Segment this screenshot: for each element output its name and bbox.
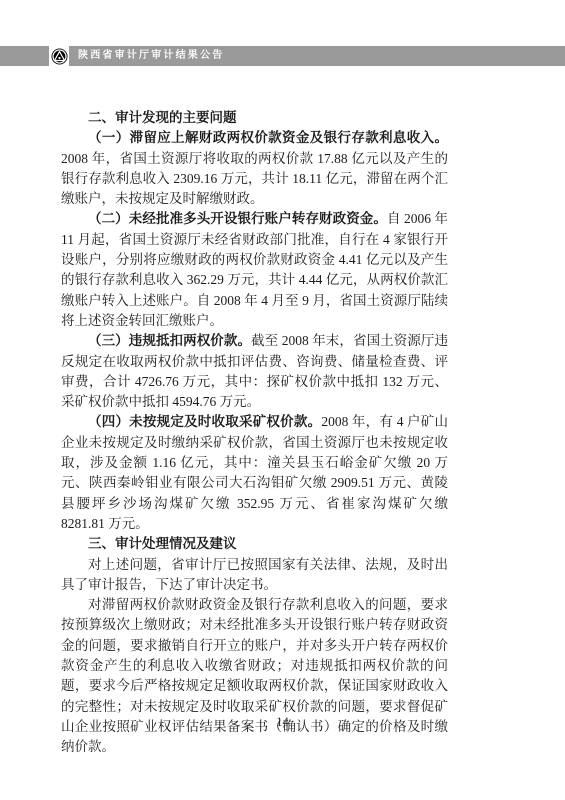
paragraph-finding-3: （三）违规抵扣两权价款。截至 2008 年末，省国土资源厅违反规定在收取两权价款…: [61, 331, 448, 412]
paragraph-finding-3-lead: （三）违规抵扣两权价款。: [88, 333, 251, 348]
document-page: 陕西省审计厅审计结果公告 二、审计发现的主要问题 （一）滞留应上解财政两权价款资…: [0, 0, 565, 800]
paragraph-finding-4-text: 2008 年，有 4 户矿山企业未按规定及时缴纳采矿权价款，省国土资源厅也未按规…: [61, 414, 448, 530]
document-content: 二、审计发现的主要问题 （一）滞留应上解财政两权价款资金及银行存款利息收入。20…: [61, 108, 448, 758]
paragraph-handling-1: 对上述问题，省审计厅已按照国家有关法律、法规，及时出具了审计报告，下达了审计决定…: [61, 555, 448, 596]
paragraph-finding-2-lead: （二）未经批准多头开设银行账户转存财政资金。: [88, 211, 387, 226]
paragraph-finding-2-text: 自 2006 年 11 月起，省国土资源厅未经省财政部门批准，自行在 4 家银行…: [61, 211, 448, 327]
paragraph-finding-1: （一）滞留应上解财政两权价款资金及银行存款利息收入。2008 年，省国土资源厅将…: [61, 128, 448, 209]
audit-emblem-icon: [51, 48, 68, 65]
paragraph-finding-1-text: 2008 年，省国土资源厅将收取的两权价款 17.88 亿元以及产生的银行存款利…: [61, 151, 448, 207]
paragraph-handling-1-text: 对上述问题，省审计厅已按照国家有关法律、法规，及时出具了审计报告，下达了审计决定…: [61, 557, 448, 592]
header-title: 陕西省审计厅审计结果公告: [78, 46, 224, 66]
paragraph-handling-2-text: 对滞留两权价款财政资金及银行存款利息收入的问题，要求按预算级次上缴财政；对未经批…: [61, 597, 448, 754]
section-heading-findings: 二、审计发现的主要问题: [61, 108, 448, 128]
paragraph-finding-2: （二）未经批准多头开设银行账户转存财政资金。自 2006 年 11 月起，省国土…: [61, 209, 448, 331]
paragraph-finding-1-lead: （一）滞留应上解财政两权价款资金及银行存款利息收入。: [88, 130, 448, 145]
paragraph-finding-4-lead: （四）未按规定及时收取采矿权价款。: [88, 414, 321, 429]
paragraph-finding-4: （四）未按规定及时收取采矿权价款。2008 年，有 4 户矿山企业未按规定及时缴…: [61, 412, 448, 534]
section-heading-handling: 三、审计处理情况及建议: [61, 534, 448, 554]
header-bar: 陕西省审计厅审计结果公告: [0, 46, 565, 66]
logo-container: [49, 46, 69, 66]
page-number: 14: [0, 715, 565, 730]
paragraph-handling-2: 对滞留两权价款财政资金及银行存款利息收入的问题，要求按预算级次上缴财政；对未经批…: [61, 595, 448, 757]
